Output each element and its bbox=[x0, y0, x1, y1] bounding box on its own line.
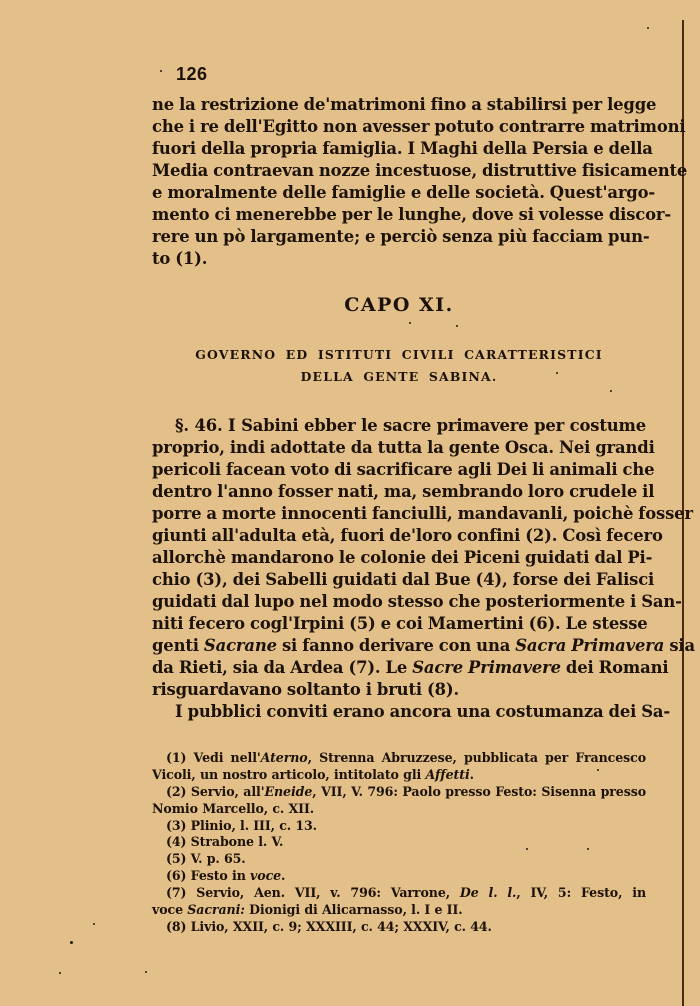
text-line: §. 46. I Sabini ebber le sacre primavere… bbox=[152, 415, 646, 437]
text-run: Vicoli, un nostro articolo, intitolato g… bbox=[152, 767, 426, 782]
chapter-title: CAPO XI. bbox=[152, 294, 646, 316]
footnote-4: (4) Strabone l. V. bbox=[152, 834, 646, 851]
text-line: genti Sacrane si fanno derivare con una … bbox=[152, 635, 646, 657]
text-run: genti bbox=[152, 636, 204, 655]
text-line: ne la restrizione de'matrimoni fino a st… bbox=[152, 94, 646, 116]
text-line: pericoli facean voto di sacrificare agli… bbox=[152, 459, 646, 481]
text-line: che i re dell'Egitto non avesser potuto … bbox=[152, 116, 646, 138]
footnote-7-cont: voce Sacrani: Dionigi di Alicarnasso, l.… bbox=[152, 902, 646, 919]
text-run: . bbox=[470, 767, 474, 782]
scan-speck bbox=[409, 322, 411, 324]
text-run: , Strenna Abruzzese, pubblicata per Fran… bbox=[308, 750, 646, 765]
text-run: , VII, V. 796: Paolo presso Festo: Sisen… bbox=[312, 784, 646, 799]
text-line: chio (3), dei Sabelli guidati dal Bue (4… bbox=[152, 569, 646, 591]
text-run: , IV, 5: Festo, in bbox=[516, 885, 646, 900]
text-line: Media contraevan nozze incestuose, distr… bbox=[152, 160, 646, 182]
footnote-5: (5) V. p. 65. bbox=[152, 851, 646, 868]
text-line: to (1). bbox=[152, 248, 646, 270]
scan-speck bbox=[456, 325, 458, 327]
text-line: porre a morte innocenti fanciulli, manda… bbox=[152, 503, 646, 525]
text-run: da Rieti, sia da Ardea (7). Le bbox=[152, 658, 412, 677]
page-edge-line bbox=[682, 0, 684, 1006]
text-run: Dionigi di Alicarnasso, l. I e II. bbox=[245, 902, 463, 917]
footnotes: (1) Vedi nell'Aterno, Strenna Abruzzese,… bbox=[152, 750, 646, 936]
scan-speck bbox=[647, 27, 649, 29]
chapter-subtitle: GOVERNO ED ISTITUTI CIVILI CARATTERISTIC… bbox=[152, 344, 646, 388]
text-line: e moralmente delle famiglie e delle soci… bbox=[152, 182, 646, 204]
text-line: rere un pò largamente; e perciò senza pi… bbox=[152, 226, 646, 248]
footnote-2-cont: Nomio Marcello, c. XII. bbox=[152, 801, 646, 818]
italic-term: voce bbox=[250, 868, 281, 883]
scan-speck bbox=[610, 390, 612, 392]
text-line: risguardavano soltanto i bruti (8). bbox=[152, 679, 646, 701]
text-line: allorchè mandarono le colonie dei Piceni… bbox=[152, 547, 646, 569]
section-paragraph: §. 46. I Sabini ebber le sacre primavere… bbox=[152, 415, 646, 723]
text-line: I pubblici conviti erano ancora una cost… bbox=[152, 701, 646, 723]
scan-speck bbox=[59, 972, 61, 974]
text-run: (6) Festo in bbox=[166, 868, 250, 883]
italic-term: Aterno bbox=[261, 750, 308, 765]
footnote-7: (7) Servio, Aen. VII, v. 796: Varrone, D… bbox=[152, 885, 646, 902]
italic-term: Eneide bbox=[265, 784, 313, 799]
text-run: si fanno derivare con una bbox=[277, 636, 515, 655]
footnote-1: (1) Vedi nell'Aterno, Strenna Abruzzese,… bbox=[152, 750, 646, 767]
text-line: da Rieti, sia da Ardea (7). Le Sacre Pri… bbox=[152, 657, 646, 679]
scan-speck bbox=[145, 971, 147, 973]
footnote-8: (8) Livio, XXII, c. 9; XXXIII, c. 44; XX… bbox=[152, 919, 646, 936]
scan-speck bbox=[93, 923, 95, 925]
text-run: voce bbox=[152, 902, 187, 917]
text-line: guidati dal lupo nel modo stesso che pos… bbox=[152, 591, 646, 613]
italic-term: Sacrane bbox=[204, 636, 277, 655]
italic-term: De l. l. bbox=[460, 885, 516, 900]
footnote-2: (2) Servio, all'Eneide, VII, V. 796: Pao… bbox=[152, 784, 646, 801]
scan-speck bbox=[160, 70, 162, 72]
footnote-3: (3) Plinio, l. III, c. 13. bbox=[152, 818, 646, 835]
text-line: dentro l'anno fosser nati, ma, sembrando… bbox=[152, 481, 646, 503]
italic-term: Sacrani: bbox=[187, 902, 245, 917]
text-run: (2) Servio, all' bbox=[166, 784, 265, 799]
italic-term: Affetti bbox=[426, 767, 470, 782]
italic-term: Sacre Primavere bbox=[412, 658, 561, 677]
page-edge-gap bbox=[682, 0, 684, 20]
footnote-1-cont: Vicoli, un nostro articolo, intitolato g… bbox=[152, 767, 646, 784]
scan-speck bbox=[70, 941, 73, 944]
text-run: sia bbox=[664, 636, 695, 655]
text-run: (1) Vedi nell' bbox=[166, 750, 261, 765]
italic-term: Sacra Primavera bbox=[515, 636, 664, 655]
text-run: dei Romani bbox=[561, 658, 669, 677]
footnote-6: (6) Festo in voce. bbox=[152, 868, 646, 885]
continuation-paragraph: ne la restrizione de'matrimoni fino a st… bbox=[152, 94, 646, 270]
chapter-subtitle-line: GOVERNO ED ISTITUTI CIVILI CARATTERISTIC… bbox=[152, 344, 646, 366]
text-line: niti fecero cogl'Irpini (5) e coi Mamert… bbox=[152, 613, 646, 635]
text-run: (7) Servio, Aen. VII, v. 796: Varrone, bbox=[166, 885, 460, 900]
text-line: proprio, indi adottate da tutta la gente… bbox=[152, 437, 646, 459]
text-run: . bbox=[281, 868, 285, 883]
page-number: 126 bbox=[176, 64, 208, 85]
text-line: giunti all'adulta età, fuori de'loro con… bbox=[152, 525, 646, 547]
text-line: mento ci menerebbe per le lunghe, dove s… bbox=[152, 204, 646, 226]
chapter-subtitle-line: DELLA GENTE SABINA. bbox=[152, 366, 646, 388]
text-line: fuori della propria famiglia. I Maghi de… bbox=[152, 138, 646, 160]
